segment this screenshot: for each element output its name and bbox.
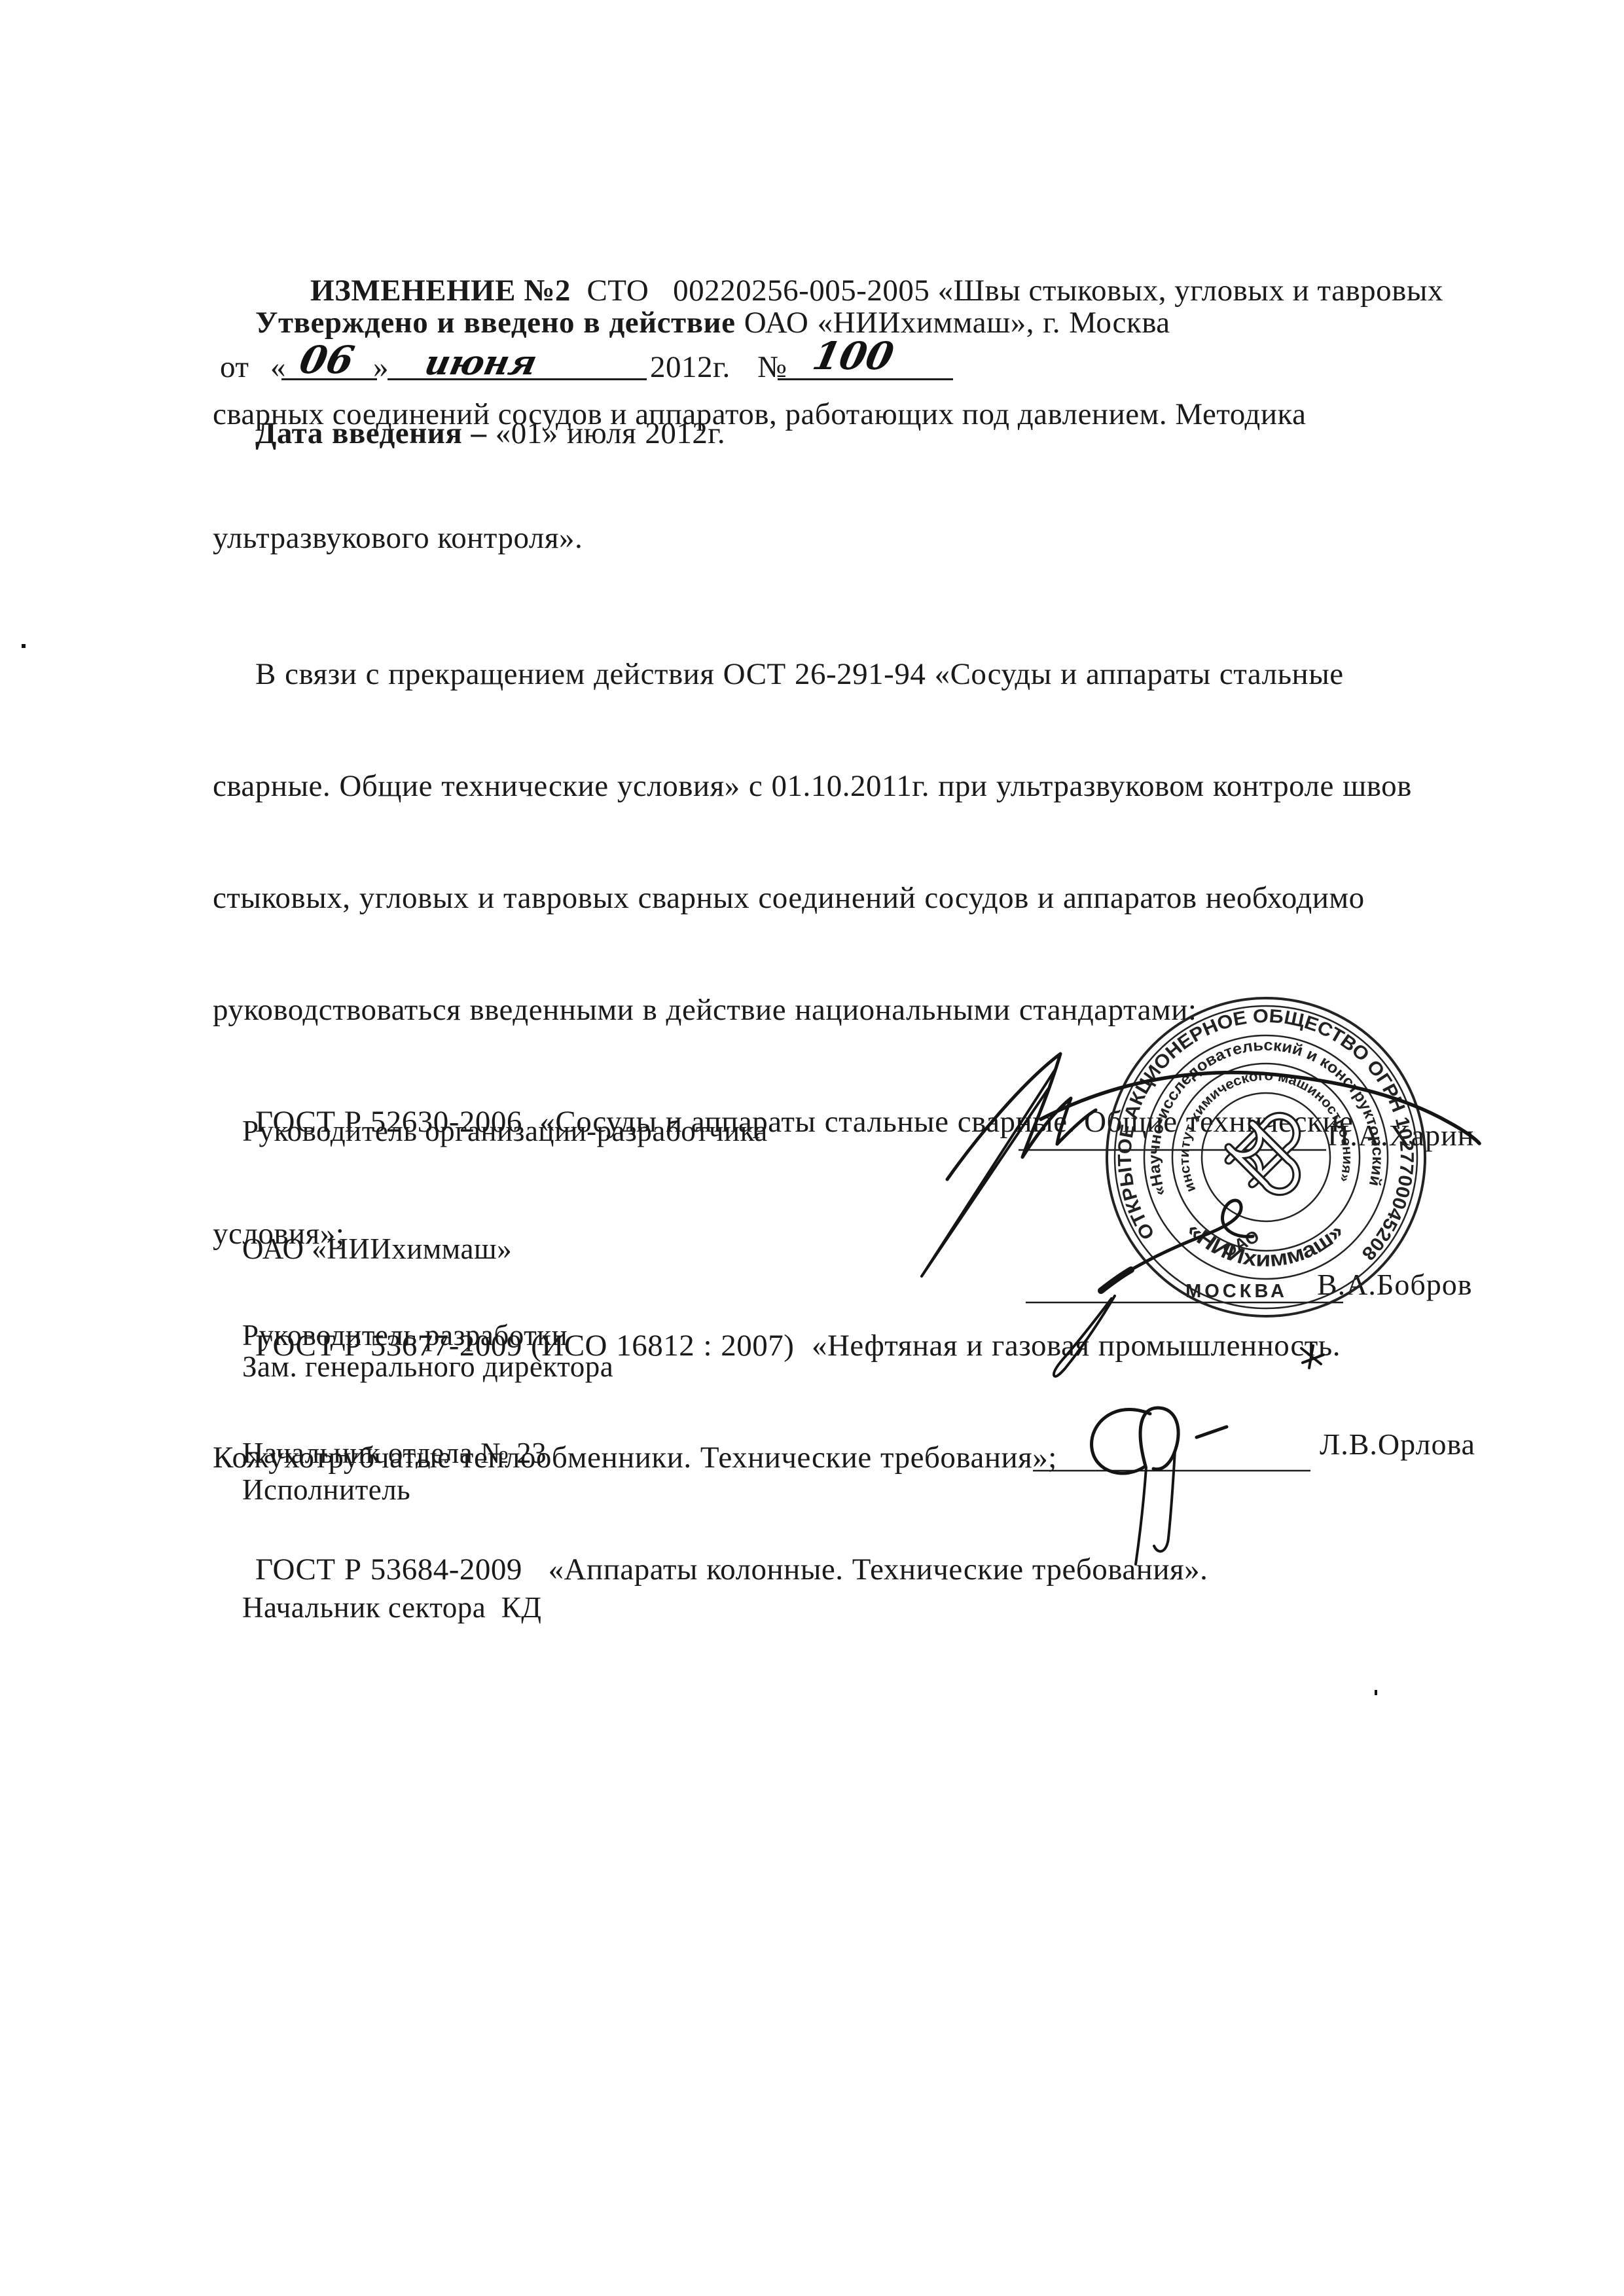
effective-date-value: «01» июля 2012г. [487,416,726,450]
date-year: 2012г. [650,349,731,386]
role-line: Исполнитель [242,1470,541,1509]
title-amendment-label: ИЗМЕНЕНИЕ №2 [310,274,571,308]
body-line: руководствоваться введенными в действие … [213,992,1412,1029]
signatory-name-orlova: Л.В.Орлова [1320,1427,1475,1462]
date-close-quote: » [373,349,389,386]
day-underline [281,378,377,380]
role-line: Руководитель разработки [242,1316,568,1355]
body-line: сварные. Общие технические условия» с 01… [213,768,1412,805]
number-sign: № [757,349,787,386]
role-line: Руководитель организации-разработчика [242,1111,768,1151]
body-line: В связи с прекращением действия ОСТ 26-2… [213,656,1412,693]
handwritten-month: июня [422,343,541,383]
signatory-name-kharin: П.А.Харин [1327,1118,1474,1153]
scan-speck [22,644,26,648]
signatory-name-bobrov: В.А.Бобров [1317,1267,1472,1302]
handwritten-number: 100 [809,334,898,378]
number-underline [778,378,953,380]
body-line: стыковых, угловых и тавровых сварных сое… [213,880,1412,917]
effective-date-label: Дата введения – [255,416,487,450]
effective-date-line: Дата введения – «01» июля 2012г. [255,415,725,452]
role-line: Начальник сектора КД [242,1588,541,1627]
approval-bold-text: Утверждено и введено в действие [255,306,735,340]
title-line-1-rest: СТО 00220256-005-2005 «Швы стыковых, угл… [571,274,1443,308]
title-line-3: ультразвукового контроля». [213,518,1443,559]
signatory-role-executor: Исполнитель Начальник сектора КД [242,1391,541,1706]
scanned-document-page: ИЗМЕНЕНИЕ №2 СТО 00220256-005-2005 «Швы … [0,0,1624,2296]
handwritten-day: 06 [296,338,358,382]
date-prefix: от [220,349,249,386]
approval-line: Утверждено и введено в действие ОАО «НИИ… [255,304,1170,342]
date-open-quote: « [270,349,286,386]
approval-rest-text: ОАО «НИИхиммаш», г. Москва [735,306,1170,340]
scan-speck [1375,1690,1377,1695]
